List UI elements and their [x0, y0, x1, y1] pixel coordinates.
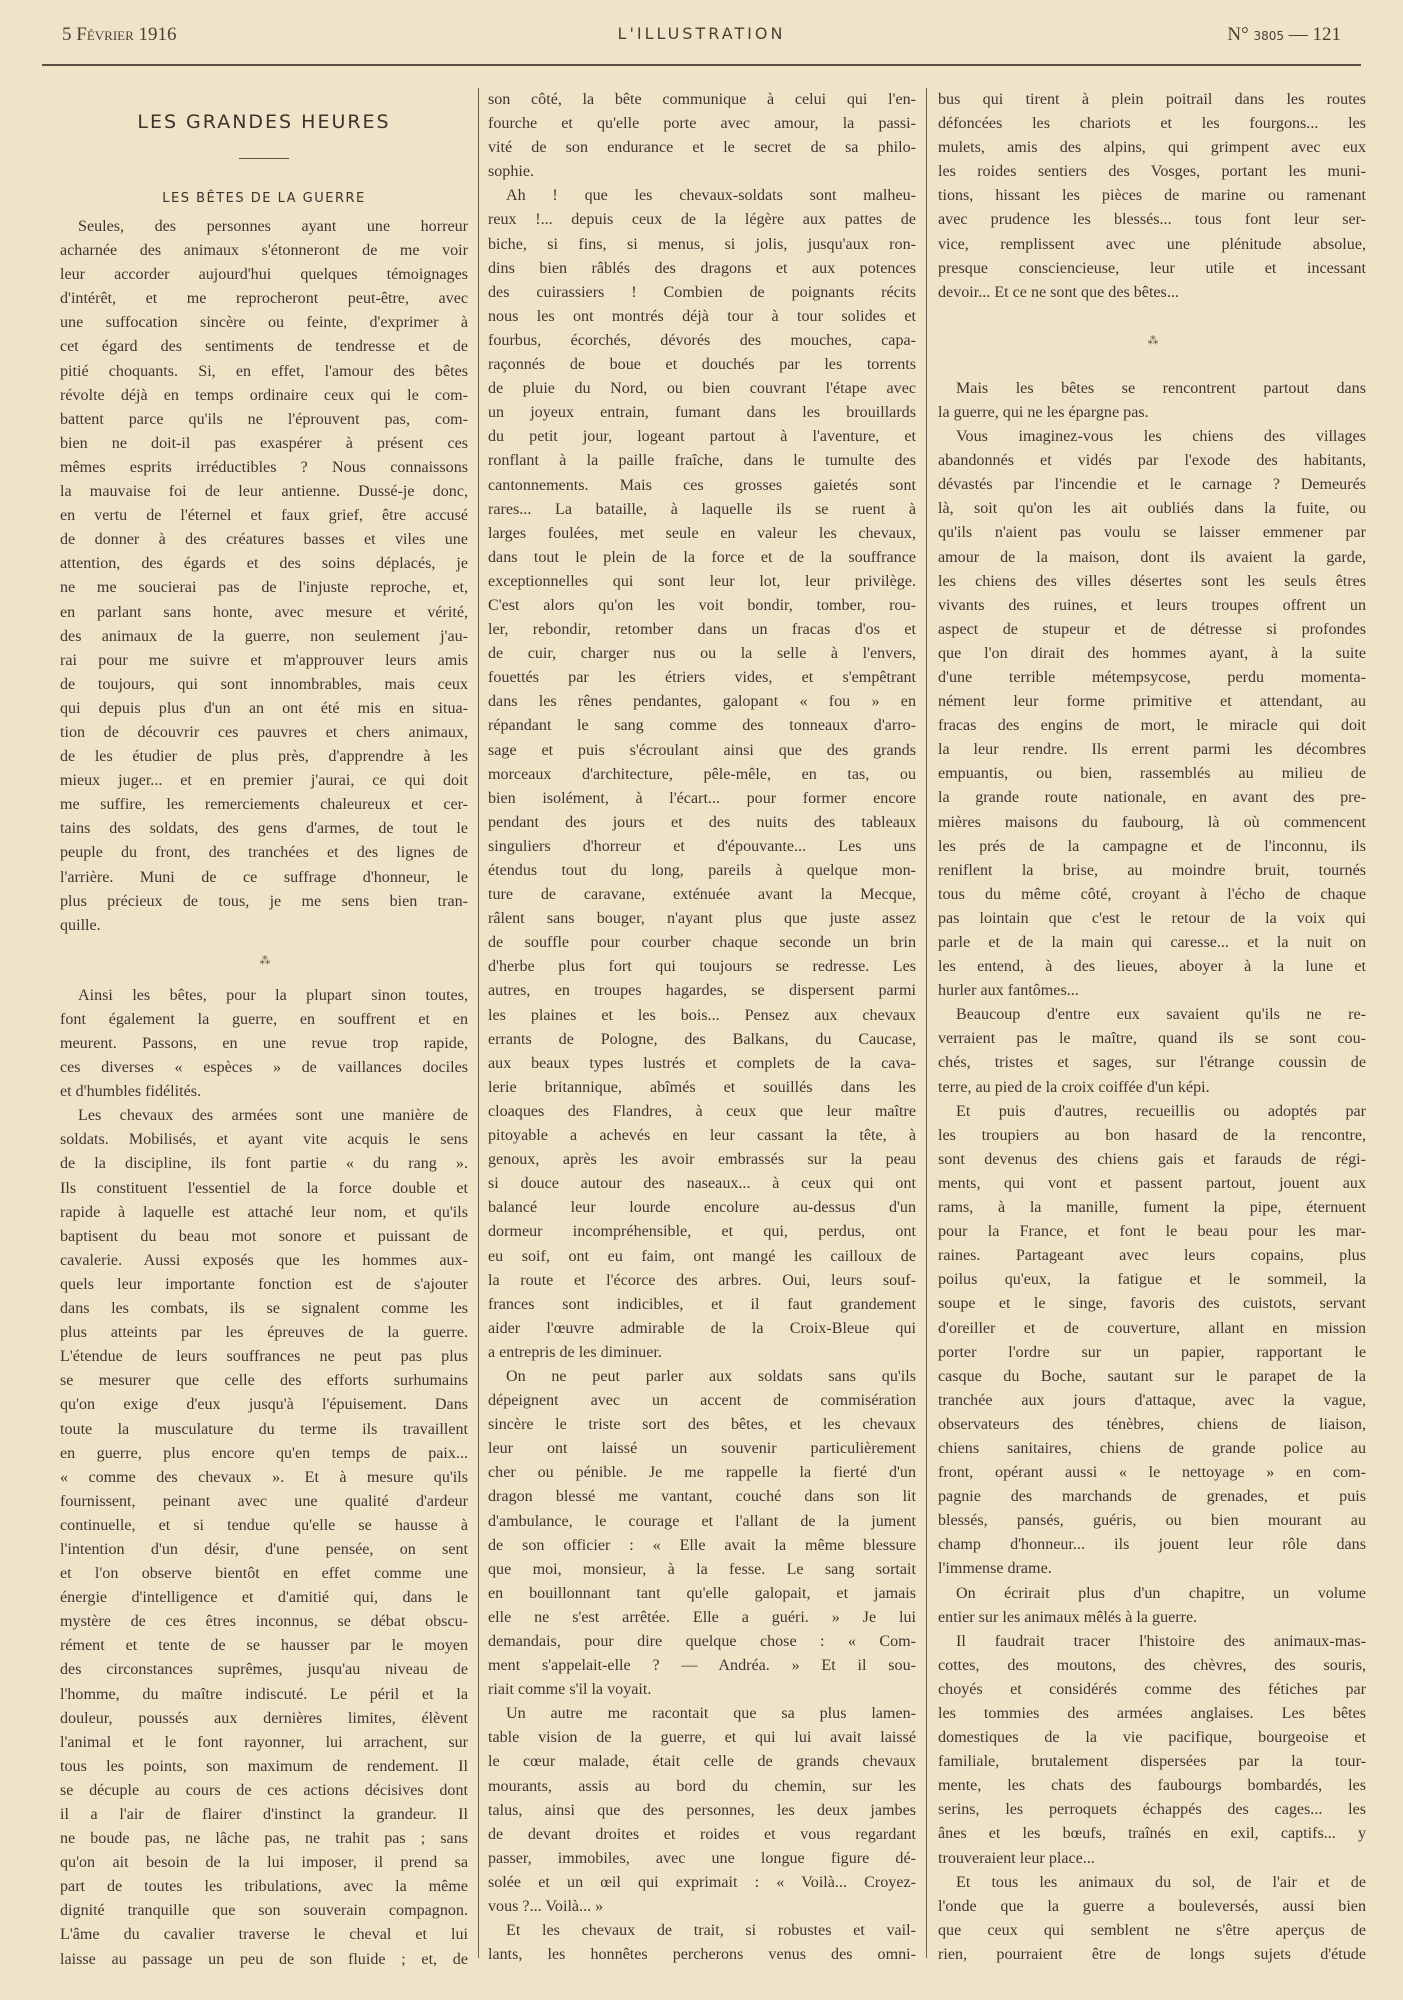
- text-line: cloaques des Flandres, à ceux que leur m…: [488, 1100, 916, 1124]
- text-line: Et les chevaux de trait, si robustes et …: [488, 1919, 916, 1943]
- text-line: la route et l'écorce des arbres. Oui, le…: [488, 1269, 916, 1293]
- text-line: abandonnés et vidés par l'exode des habi…: [938, 449, 1366, 473]
- text-line: familiale, brutalement dispersées par la…: [938, 1750, 1366, 1774]
- text-line: que ceux qui semblent ne s'être aperçus …: [938, 1919, 1366, 1943]
- text-line: qu'on exige d'eux jusqu'à l'épuisement. …: [60, 1393, 468, 1417]
- text-line: frances sont indicibles, et il faut gran…: [488, 1293, 916, 1317]
- text-line: l'immense drame.: [938, 1557, 1366, 1581]
- text-line: empuantis, ou bien, rassemblés au milieu…: [938, 762, 1366, 786]
- text-line: aider l'œuvre admirable de la Croix-Bleu…: [488, 1317, 916, 1341]
- text-line: fourche et qu'elle porte avec amour, la …: [488, 112, 916, 136]
- text-line: vice, remplissent avec une plénitude abs…: [938, 233, 1366, 257]
- text-line: fouettés par les étriers vides, et s'emp…: [488, 666, 916, 690]
- text-line: de toujours, qui sont innombrables, mais…: [60, 673, 468, 697]
- text-line: chés, tristes et sages, sur l'étrange co…: [938, 1051, 1366, 1075]
- text-line: tions, hissant les pièces de marine ou r…: [938, 184, 1366, 208]
- text-line: ments, qui vont et passent partout, joue…: [938, 1172, 1366, 1196]
- text-line: en bouillonnant tant qu'elle galopait, e…: [488, 1582, 916, 1606]
- issue-prefix: N°: [1227, 24, 1248, 45]
- text-line: ne me soucierai pas de l'injuste reproch…: [60, 576, 468, 600]
- column-1: LES GRANDES HEURES LES BÊTES DE LA GUERR…: [60, 88, 468, 1972]
- text-line: là, soit qu'on les ait oubliés dans la f…: [938, 497, 1366, 521]
- page-header: 5 Février 1916 L'ILLUSTRATION N° 3805 — …: [62, 20, 1341, 50]
- text-line: vité de son endurance et le secret de sa…: [488, 136, 916, 160]
- asterism-separator: ⁂: [60, 938, 468, 984]
- text-line: cottes, des moutons, des chèvres, des so…: [938, 1654, 1366, 1678]
- text-line: font également la guerre, en souffrent e…: [60, 1008, 468, 1032]
- text-line: mulets, amis des alpins, qui grimpent av…: [938, 136, 1366, 160]
- text-line: Les chevaux des armées sont une manière …: [60, 1104, 468, 1128]
- text-line: bien isolément, à l'écart... pour former…: [488, 787, 916, 811]
- text-line: talus, ainsi que des personnes, les deux…: [488, 1799, 916, 1823]
- text-line: eu soif, ont eu faim, ont mangé les cail…: [488, 1245, 916, 1269]
- text-line: toute la musculature du terme ils travai…: [60, 1418, 468, 1442]
- text-line: Ah ! que les chevaux-soldats sont malheu…: [488, 184, 916, 208]
- text-line: cher ou pénible. Je me rappelle la fiert…: [488, 1461, 916, 1485]
- page-number: 121: [1313, 24, 1342, 45]
- text-line: Seules, des personnes ayant une horreur: [60, 215, 468, 239]
- text-line: poilus qu'eux, la fatigue et le sommeil,…: [938, 1268, 1366, 1292]
- text-line: bus qui tirent à plein poitrail dans les…: [938, 88, 1366, 112]
- text-line: rément et tente de se hausser par le moy…: [60, 1634, 468, 1658]
- text-line: singuliers d'horreur et d'épouvante... L…: [488, 835, 916, 859]
- text-line: rien, pourraient être de longs sujets d'…: [938, 1943, 1366, 1967]
- section-title: LES GRANDES HEURES: [60, 110, 468, 140]
- text-line: devoir... Et ce ne sont que des bêtes...: [938, 281, 1366, 305]
- text-line: tains des soldats, des gens d'armes, de …: [60, 817, 468, 841]
- text-line: choyés et considérés comme des fétiches …: [938, 1678, 1366, 1702]
- text-line: du petit jour, logeant partout à l'avent…: [488, 425, 916, 449]
- text-line: errants de Pologne, des Balkans, du Cauc…: [488, 1028, 916, 1052]
- text-line: morceaux d'architecture, pêle-mêle, en t…: [488, 763, 916, 787]
- text-line: battent parce qu'ils ne l'éprouvent pas,…: [60, 408, 468, 432]
- text-line: Et tous les animaux du sol, de l'air et …: [938, 1871, 1366, 1895]
- text-line: raçonnés de boue et douchés par les torr…: [488, 353, 916, 377]
- text-line: hurler aux fantômes...: [938, 979, 1366, 1003]
- text-line: plus précieux de tous, je me sens bien t…: [60, 890, 468, 914]
- text-line: Vous imaginez-vous les chiens des villag…: [938, 425, 1366, 449]
- text-line: dans les rênes pendantes, galopant « fou…: [488, 690, 916, 714]
- text-line: l'homme, du maître indiscuté. Le péril e…: [60, 1683, 468, 1707]
- text-line: Et puis d'autres, recueillis ou adoptés …: [938, 1100, 1366, 1124]
- text-line: leur accorder aujourd'hui quelques témoi…: [60, 263, 468, 287]
- text-line: L'âme du cavalier traverse le cheval et …: [60, 1923, 468, 1947]
- text-line: répandant le sang comme des tonneaux d'a…: [488, 714, 916, 738]
- text-line: pendant des jours et des nuits des table…: [488, 811, 916, 835]
- text-line: révolte déjà en temps ordinaire ceux qui…: [60, 384, 468, 408]
- text-line: leur ont laissé un souvenir particulière…: [488, 1437, 916, 1461]
- text-line: table vision de la guerre, et qui lui av…: [488, 1726, 916, 1750]
- text-line: mières maisons du faubourg, là où commen…: [938, 811, 1366, 835]
- text-line: observateurs des ténèbres, chiens de lia…: [938, 1413, 1366, 1437]
- text-line: pagnie des marchands de grenades, et pui…: [938, 1485, 1366, 1509]
- text-line: des animaux de la guerre, non seulement …: [60, 625, 468, 649]
- text-line: le cœur malade, était celle de grands ch…: [488, 1750, 916, 1774]
- text-line: bien ne doit-il pas exaspérer à présent …: [60, 432, 468, 456]
- text-line: qu'on ait besoin de la lui imposer, il p…: [60, 1851, 468, 1875]
- text-line: dans les combats, ils se signalent comme…: [60, 1297, 468, 1321]
- text-line: de devant droites et roides et vous rega…: [488, 1823, 916, 1847]
- text-line: fracas des engins de mort, le miracle qu…: [938, 714, 1366, 738]
- text-line: cavalerie. Aussi exposés que les hommes …: [60, 1249, 468, 1273]
- text-line: terre, au pied de la croix coiffée d'un …: [938, 1076, 1366, 1100]
- masthead: L'ILLUSTRATION: [62, 24, 1341, 43]
- text-line: nous les ont montrés déjà tour à tour so…: [488, 305, 916, 329]
- text-line: peuple du front, des tranchées et des li…: [60, 841, 468, 865]
- text-line: ces diverses « espèces » de vaillances d…: [60, 1056, 468, 1080]
- article-subtitle: LES BÊTES DE LA GUERRE: [60, 187, 468, 215]
- text-line: les prés de la campagne et de l'inconnu,…: [938, 835, 1366, 859]
- text-line: d'une terrible métempsycose, perdu momen…: [938, 666, 1366, 690]
- text-line: d'ambulance, le courage et l'allant de l…: [488, 1510, 916, 1534]
- text-line: l'intention d'un désir, d'une pensée, on…: [60, 1538, 468, 1562]
- text-line: que moi, monsieur, à la fesse. Le sang s…: [488, 1558, 916, 1582]
- text-line: entier sur les animaux mêlés à la guerre…: [938, 1606, 1366, 1630]
- text-line: larges foulées, met seule en valeur les …: [488, 522, 916, 546]
- text-line: en guerre, plus encore qu'en temps de pa…: [60, 1442, 468, 1466]
- text-line: part de toutes les tribulations, avec la…: [60, 1875, 468, 1899]
- text-line: plus atteints par les épreuves de la gue…: [60, 1321, 468, 1345]
- text-line: que l'on dirait des hommes ayant, à la s…: [938, 642, 1366, 666]
- text-line: ture de caravane, exténuée avant la Mecq…: [488, 883, 916, 907]
- text-line: tous les points, son maximum de rendemen…: [60, 1755, 468, 1779]
- text-line: pour la France, et font le beau pour les…: [938, 1220, 1366, 1244]
- text-line: lerie britannique, abîmés et souillés da…: [488, 1076, 916, 1100]
- text-line: sage et puis s'écroulant ainsi que des g…: [488, 739, 916, 763]
- title-divider: [239, 158, 289, 159]
- text-line: pas lointain que c'est le retour de la v…: [938, 907, 1366, 931]
- text-line: de la discipline, ils font partie « du r…: [60, 1152, 468, 1176]
- text-line: ronflant à la paille fraîche, dans le tu…: [488, 449, 916, 473]
- text-line: casque du Boche, sautant sur le parapet …: [938, 1365, 1366, 1389]
- issue-number: 3805: [1253, 29, 1284, 43]
- asterism-icon: ⁂: [1148, 337, 1157, 345]
- text-line: a entrepris de les diminuer.: [488, 1341, 916, 1365]
- text-line: les plaines et les bois... Pensez aux ch…: [488, 1004, 916, 1028]
- text-line: elle ne s'est arrêtée. Elle a guéri. » J…: [488, 1606, 916, 1630]
- text-line: demandais, pour dire quelque chose : « C…: [488, 1630, 916, 1654]
- text-line: quels leur importante fonction est de s'…: [60, 1273, 468, 1297]
- text-line: passer, immobiles, avec une longue figur…: [488, 1847, 916, 1871]
- text-line: Ainsi les bêtes, pour la plupart sinon t…: [60, 984, 468, 1008]
- text-line: il a l'air de flairer d'instinct la gran…: [60, 1803, 468, 1827]
- text-line: L'étendue de leurs souffrances ne peut p…: [60, 1345, 468, 1369]
- text-line: domestiques de la vie pacifique, bourgeo…: [938, 1726, 1366, 1750]
- text-line: trouveraient leur place...: [938, 1847, 1366, 1871]
- text-line: exceptionnelles qui sont leur lot, leur …: [488, 570, 916, 594]
- text-line: attention, des égards et des soins dépla…: [60, 552, 468, 576]
- text-line: des circonstances suprêmes, jusqu'au niv…: [60, 1658, 468, 1682]
- issue-and-page: N° 3805 — 121: [1227, 24, 1341, 46]
- text-line: en vertu de l'éternel et faux grief, êtr…: [60, 504, 468, 528]
- header-rule: [42, 64, 1361, 66]
- text-line: un joyeux entrain, fumant dans les broui…: [488, 401, 916, 425]
- text-line: rai pour me suivre et m'approuver leurs …: [60, 649, 468, 673]
- text-line: On écrirait plus d'un chapitre, un volum…: [938, 1582, 1366, 1606]
- text-line: les entend, à des lieues, aboyer à la lu…: [938, 955, 1366, 979]
- text-line: champ d'honneur... ils jouent leur rôle …: [938, 1533, 1366, 1557]
- text-line: et d'humbles fidélités.: [60, 1080, 468, 1104]
- text-line: douleur, poussés aux dernières limites, …: [60, 1707, 468, 1731]
- text-line: son côté, la bête communique à celui qui…: [488, 88, 916, 112]
- text-line: dans tout le plein de la force et de la …: [488, 546, 916, 570]
- text-line: sophie.: [488, 160, 916, 184]
- text-line: mourants, assis au bord du chemin, sur l…: [488, 1775, 916, 1799]
- text-line: la mauvaise foi de leur antienne. Dussé-…: [60, 480, 468, 504]
- text-line: de donner à des créatures basses et vile…: [60, 528, 468, 552]
- text-line: avec prudence les blessés... tous font l…: [938, 208, 1366, 232]
- text-line: solée et un œil qui exprimait : « Voilà.…: [488, 1871, 916, 1895]
- text-line: l'animal et le font rayonner, lui arrach…: [60, 1731, 468, 1755]
- text-line: baptisent du beau mot sonore et puissant…: [60, 1225, 468, 1249]
- asterism-separator: ⁂: [938, 305, 1366, 377]
- text-line: ne boude pas, ne lâche pas, ne trahit pa…: [60, 1827, 468, 1851]
- text-line: qu'ils n'aient pas voulu se laisser emme…: [938, 521, 1366, 545]
- text-line: reniflent la brise, au moindre bruit, to…: [938, 859, 1366, 883]
- column-1-text-a: Seules, des personnes ayant une horreura…: [60, 215, 468, 938]
- text-line: aux beaux types lustrés et complets de l…: [488, 1052, 916, 1076]
- text-line: défoncées les chariots et les fourgons..…: [938, 112, 1366, 136]
- column-2: son côté, la bête communique à celui qui…: [488, 88, 916, 1967]
- column-3: bus qui tirent à plein poitrail dans les…: [938, 88, 1366, 1967]
- text-line: nément leur forme primitive et attendant…: [938, 690, 1366, 714]
- text-line: cantonnements. Mais ces grosses gaietés …: [488, 474, 916, 498]
- text-line: ler, rebondir, retomber dans un fracas d…: [488, 618, 916, 642]
- text-line: de souffle pour courber chaque seconde u…: [488, 931, 916, 955]
- text-line: me suffire, les remerciements chaleureux…: [60, 793, 468, 817]
- text-line: reux !... depuis ceux de la légère aux p…: [488, 208, 916, 232]
- text-line: de son officier : « Elle avait la même b…: [488, 1534, 916, 1558]
- text-line: continuelle, et si tendue qu'elle se hau…: [60, 1514, 468, 1538]
- text-line: Il faudrait tracer l'histoire des animau…: [938, 1630, 1366, 1654]
- text-line: rares... La bataille, à laquelle ils se …: [488, 498, 916, 522]
- text-line: laisse au passage un peu de son fluide ;…: [60, 1948, 468, 1972]
- text-line: balancé leur lourde encolure au-dessus d…: [488, 1196, 916, 1220]
- text-line: raines. Partageant avec leurs copains, p…: [938, 1244, 1366, 1268]
- text-line: « comme des chevaux ». Et à mesure qu'il…: [60, 1466, 468, 1490]
- text-line: la grande route nationale, en avant des …: [938, 786, 1366, 810]
- text-line: dévastés par l'incendie et le carnage ? …: [938, 473, 1366, 497]
- asterism-icon: ⁂: [260, 957, 269, 965]
- text-line: dragon blessé me vantant, couché dans so…: [488, 1485, 916, 1509]
- text-line: lants, les honnêtes percherons venus des…: [488, 1943, 916, 1967]
- text-line: se mesurer que celle des efforts surhuma…: [60, 1369, 468, 1393]
- text-line: soupe et le singe, favoris des cuistots,…: [938, 1292, 1366, 1316]
- text-line: râlent sans bouger, n'ayant plus que jus…: [488, 907, 916, 931]
- text-line: presque consciencieuse, leur utile et in…: [938, 257, 1366, 281]
- text-line: Ils constituent l'essentiel de la force …: [60, 1177, 468, 1201]
- text-line: les troupiers au bon hasard de la rencon…: [938, 1124, 1366, 1148]
- text-line: mente, les chats des faubourgs bombardés…: [938, 1774, 1366, 1798]
- page-separator: —: [1289, 24, 1308, 45]
- text-line: les tommies des armées anglaises. Les bê…: [938, 1702, 1366, 1726]
- text-line: mieux juger... et en premier j'aurai, ce…: [60, 769, 468, 793]
- text-line: Un autre me racontait que sa plus lamen-: [488, 1702, 916, 1726]
- text-line: quille.: [60, 914, 468, 938]
- text-line: blessés, pansés, guéris, ou bien mourant…: [938, 1509, 1366, 1533]
- text-line: dignité tranquille que son souverain com…: [60, 1899, 468, 1923]
- text-line: sont devenus des chiens gais et farauds …: [938, 1148, 1366, 1172]
- text-line: tion de découvrir ces pauvres et chers a…: [60, 721, 468, 745]
- text-line: riait comme s'il la voyait.: [488, 1678, 916, 1702]
- text-line: front, opérant aussi « le nettoyage » en…: [938, 1461, 1366, 1485]
- text-line: sincère le triste sort des bêtes, et les…: [488, 1413, 916, 1437]
- text-line: dins bien râblés des dragons et aux pote…: [488, 257, 916, 281]
- text-line: l'arrière. Muni de ce suffrage d'honneur…: [60, 866, 468, 890]
- text-line: vous ?... Voilà... »: [488, 1895, 916, 1919]
- text-line: la leur rendre. Ils errent parmi les déc…: [938, 738, 1366, 762]
- text-line: d'oreiller et de couverture, allant en m…: [938, 1317, 1366, 1341]
- text-line: acharnée des animaux s'étonneront de me …: [60, 239, 468, 263]
- text-line: ânes et les bœufs, traînés en exil, capt…: [938, 1822, 1366, 1846]
- text-line: Beaucoup d'entre eux savaient qu'ils ne …: [938, 1003, 1366, 1027]
- text-line: biche, si fins, si menus, si jolis, jusq…: [488, 233, 916, 257]
- text-line: autres, en troupes hagardes, se disperse…: [488, 979, 916, 1003]
- text-line: dormeur incompréhensible, et qui, perdus…: [488, 1220, 916, 1244]
- text-line: fourbus, écorchés, dévorés des mouches, …: [488, 329, 916, 353]
- text-line: fournissent, peinant avec une qualité d'…: [60, 1490, 468, 1514]
- text-line: tous du même côté, croyant à l'écho de c…: [938, 883, 1366, 907]
- text-line: pitié choquants. Si, en effet, l'amour d…: [60, 360, 468, 384]
- text-line: d'intérêt, et me reprocheront peut-être,…: [60, 287, 468, 311]
- text-line: tranchée aux jours d'attaque, avec la va…: [938, 1389, 1366, 1413]
- text-line: verraient pas le maître, quand ils se so…: [938, 1027, 1366, 1051]
- text-line: rapide à laquelle est attaché leur nom, …: [60, 1201, 468, 1225]
- text-line: vivants des ruines, et leurs troupes off…: [938, 594, 1366, 618]
- text-line: mêmes esprits irréductibles ? Nous conna…: [60, 456, 468, 480]
- column-3-text-b: Mais les bêtes se rencontrent partout da…: [938, 377, 1366, 1967]
- text-line: serins, les perroquets échappés des cage…: [938, 1798, 1366, 1822]
- text-line: cet égard des sentiments de tendresse et…: [60, 335, 468, 359]
- text-line: porter l'ordre sur un papier, rapportant…: [938, 1341, 1366, 1365]
- text-line: et l'on observe bientôt en effet comme u…: [60, 1562, 468, 1586]
- text-line: étendus tout du long, pareils à quelque …: [488, 859, 916, 883]
- text-line: pitoyable a achevés en leur cassant la t…: [488, 1124, 916, 1148]
- text-line: les roides sentiers des Vosges, portant …: [938, 160, 1366, 184]
- text-line: amour de la maison, dont ils avaient la …: [938, 546, 1366, 570]
- text-line: si douce autour des naseaux... à ceux qu…: [488, 1172, 916, 1196]
- column-3-text-a: bus qui tirent à plein poitrail dans les…: [938, 88, 1366, 305]
- text-line: aspect de stupeur et de détresse si prof…: [938, 618, 1366, 642]
- text-line: C'est alors qu'on les voit bondir, tombe…: [488, 594, 916, 618]
- column-rule: [926, 88, 927, 1958]
- text-line: en parlant sans honte, avec mesure et vé…: [60, 601, 468, 625]
- text-line: meurent. Passons, en une revue trop rapi…: [60, 1032, 468, 1056]
- text-line: soldats. Mobilisés, et ayant vite acquis…: [60, 1128, 468, 1152]
- column-1-text-b: Ainsi les bêtes, pour la plupart sinon t…: [60, 984, 468, 1972]
- text-line: genoux, après les avoir embrassés sur la…: [488, 1148, 916, 1172]
- text-line: qui depuis plus d'un an ont été mis en s…: [60, 697, 468, 721]
- text-line: dépeignent avec un accent de commisérati…: [488, 1389, 916, 1413]
- text-line: chiens sanitaires, chiens de grande poli…: [938, 1437, 1366, 1461]
- text-line: énergie d'intelligence et d'amitié qui, …: [60, 1586, 468, 1610]
- text-line: Mais les bêtes se rencontrent partout da…: [938, 377, 1366, 401]
- text-line: de cuir, charger nus ou la selle à l'env…: [488, 642, 916, 666]
- text-line: ment s'appelait-elle ? — Andréa. » Et il…: [488, 1654, 916, 1678]
- column-2-text: son côté, la bête communique à celui qui…: [488, 88, 916, 1967]
- text-line: l'onde que la guerre a bouleversés, auss…: [938, 1895, 1366, 1919]
- text-line: rams, à la manille, fument la pipe, éter…: [938, 1196, 1366, 1220]
- text-line: parle et de la main qui caresse... et la…: [938, 931, 1366, 955]
- column-rule: [478, 88, 479, 1958]
- text-line: une suffocation sincère ou feinte, d'exp…: [60, 311, 468, 335]
- text-line: d'herbe plus fort qui toujours se redres…: [488, 955, 916, 979]
- text-line: On ne peut parler aux soldats sans qu'il…: [488, 1365, 916, 1389]
- text-line: mystère de ces êtres inconnus, se débat …: [60, 1610, 468, 1634]
- text-line: de les étudier de plus près, d'apprendre…: [60, 745, 468, 769]
- text-line: de pluie du Nord, ou bien couvrant l'éta…: [488, 377, 916, 401]
- text-line: les chiens des villes désertes sont les …: [938, 570, 1366, 594]
- text-line: des cuirassiers ! Combien de poignants r…: [488, 281, 916, 305]
- text-line: se décuple au cours de ces actions décis…: [60, 1779, 468, 1803]
- text-line: la guerre, qui ne les épargne pas.: [938, 401, 1366, 425]
